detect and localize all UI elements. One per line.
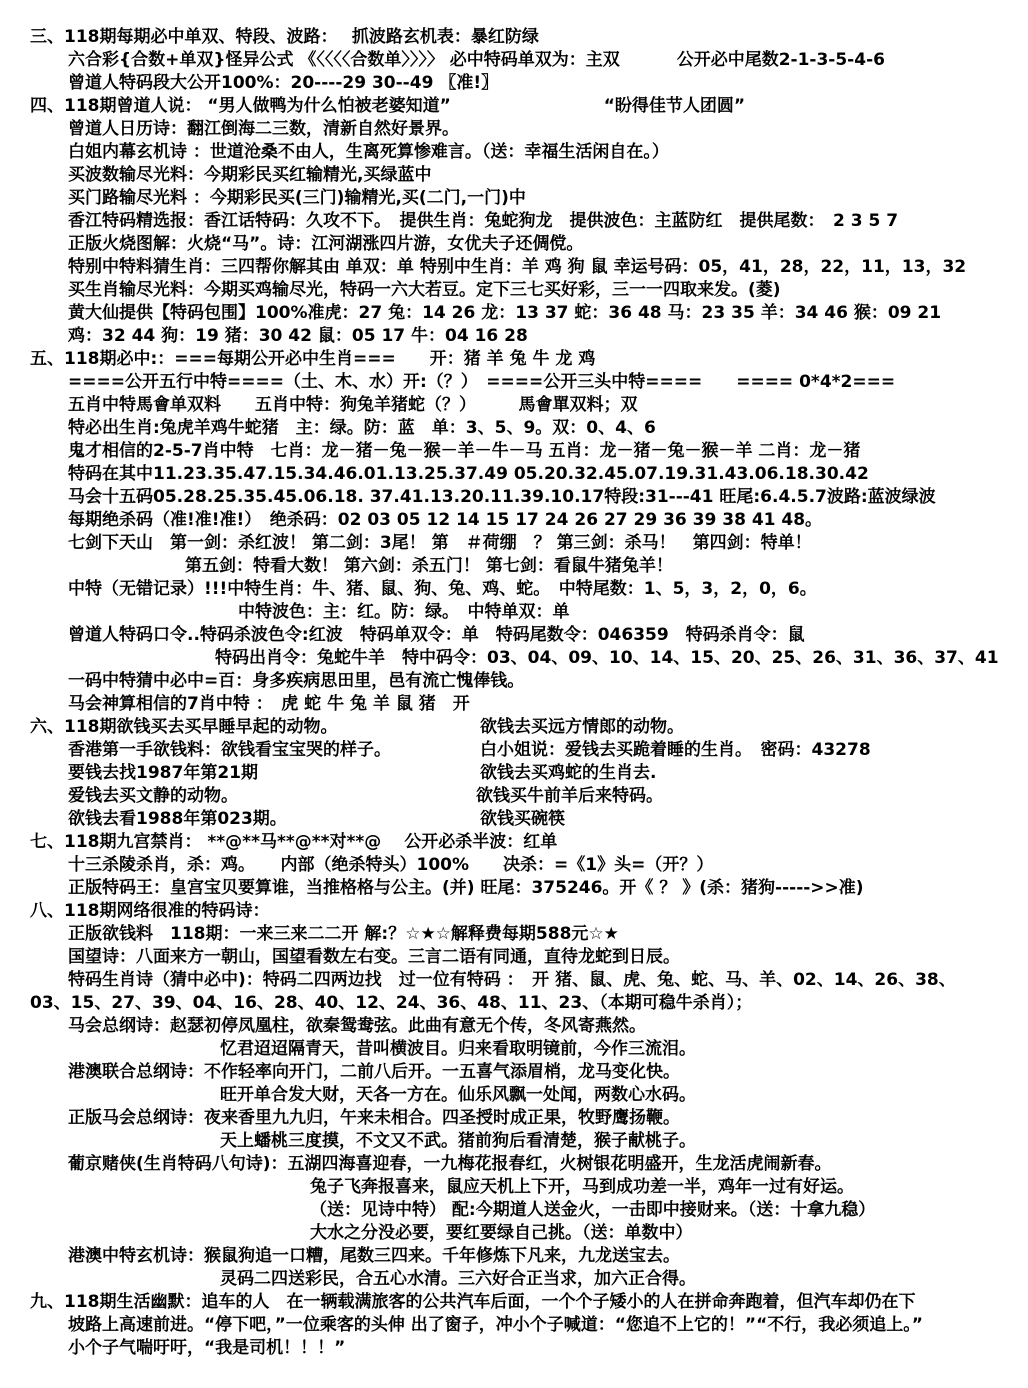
text-line: 正版马会总纲诗：夜来香里九九归，午来未相合。四圣授时成正果，牧野鹰扬鞭。 xyxy=(0,1107,1028,1130)
section-heading-line: 三、118期每期必中单双、特段、波路： 抓波路玄机表：暴红防绿 xyxy=(0,26,1028,49)
text-line: 马会总纲诗：赵瑟初停凤凰柱，欲秦鸳鸯弦。此曲有意无个传，冬风寄燕然。 xyxy=(0,1015,1028,1038)
line-text: 03、15、27、39、04、16、28、40、12、24、36、48、11、2… xyxy=(30,992,752,1015)
line-text: 曾道人日历诗：翻江倒海二三数，清新自然好景界。 xyxy=(68,118,459,141)
line-text: 要钱去找1987年第21期 xyxy=(68,762,258,785)
line-text: 兔子飞奔报喜来，鼠应天机上下开，马到成功差一半，鸡年一过有好运。 xyxy=(310,1176,854,1199)
text-line: 旺开单合发大财，天各一方在。仙乐风飘一处闻，两数心水码。 xyxy=(0,1084,1028,1107)
line-text: 六、118期欲钱买去买早睡早起的动物。 xyxy=(30,716,338,739)
text-line: （送：见诗中特） 配:今期道人送金火，一击即中接财来。（送：十拿九稳） xyxy=(0,1199,1028,1222)
page: { "page": { "background": "#ffffff", "te… xyxy=(0,0,1028,1388)
line-text-right-column: 欲钱去买鸡蛇的生肖去. xyxy=(480,762,656,785)
text-line: 一码中特猜中必中=百：身多疾病思田里，邑有流亡愧俸钱。 xyxy=(0,670,1028,693)
line-text: 马会神算相信的7肖中特 ： 虎 蛇 牛 兔 羊 鼠 猪 开 xyxy=(68,693,470,716)
text-line: 马会神算相信的7肖中特 ： 虎 蛇 牛 兔 羊 鼠 猪 开 xyxy=(0,693,1028,716)
text-line: 曾道人特码口令..特码杀波色令:红波 特码单双令：单 特码尾数令：046359 … xyxy=(0,624,1028,647)
section-heading-line: 七、118期九宫禁肖： **@**马**@**对**@ 公开必杀半波：红单 xyxy=(0,831,1028,854)
text-line: 特码出肖令：兔蛇牛羊 特中码令：03、04、09、10、14、15、20、25、… xyxy=(0,647,1028,670)
line-text: 曾道人特码口令..特码杀波色令:红波 特码单双令：单 特码尾数令：046359 … xyxy=(68,624,805,647)
line-text: 六合彩{合数+单双}怪异公式 《〈〈〈〈合数单〉〉〉〉 必中特码单双为：主双 公… xyxy=(68,49,885,72)
text-line: 香港第一手欲钱料：欲钱看宝宝哭的样子。白小姐说：爱钱去买跪着睡的生肖。 密码：4… xyxy=(0,739,1028,762)
line-text: 第五剑：特看大数！ 第六剑：杀五门！ 第七剑：看鼠牛猪兔羊！ xyxy=(185,555,673,578)
line-text: 香江特码精选报：香江话特码：久攻不下。 提供生肖：兔蛇狗龙 提供波色：主蓝防红 … xyxy=(68,210,898,233)
text-line: 中特（无错记录）!!!中特生肖：牛、猪、鼠、狗、兔、鸡、蛇。 中特尾数：1、5，… xyxy=(0,578,1028,601)
text-line: 特别中特料猜生肖：三四帮你解其由 单双：单 特别中生肖：羊 鸡 狗 鼠 幸运号码… xyxy=(0,256,1028,279)
line-text: 鬼才相信的2-5-7肖中特 七肖：龙－猪－兔－猴－羊－牛－马 五肖：龙－猪－兔－… xyxy=(68,440,860,463)
line-text: 七剑下天山 第一剑：杀红波！ 第二剑：3尾！ 第 ＃荷绷 ？ 第三剑：杀马！ 第… xyxy=(68,532,812,555)
text-line: 特码在其中11.23.35.47.15.34.46.01.13.25.37.49… xyxy=(0,463,1028,486)
text-line: 曾道人特码段大公开100%：20----29 30--49 〖准!〗 xyxy=(0,72,1028,95)
line-text: 中特波色：主：红。防：绿。 中特单双：单 xyxy=(238,601,570,624)
text-line: 曾道人日历诗：翻江倒海二三数，清新自然好景界。 xyxy=(0,118,1028,141)
section-heading-line: 九、118期生活幽默：追车的人 在一辆载满旅客的公共汽车后面，一个个子矮小的人在… xyxy=(0,1291,1028,1314)
line-text: 忆君迢迢隔青天，昔叫横波目。归来看取明镜前，今作三流泪。 xyxy=(220,1038,696,1061)
text-line: 小个子气喘吁吁，“我是司机！！！” xyxy=(0,1337,1028,1360)
text-line: 天上蟠桃三度摸，不文又不武。猪前狗后看清楚，猴子献桃子。 xyxy=(0,1130,1028,1153)
line-text: 国望诗：八面来方一朝山，国望看数左右变。三言二语有同通，直待龙蛇到日辰。 xyxy=(68,946,680,969)
text-line: 正版欲钱料 118期：一来三来二二开 解:？☆★☆解释费每期588元☆★ xyxy=(0,923,1028,946)
text-line: 鸡：32 44 狗：19 猪：30 42 鼠：05 17 牛：04 16 28 xyxy=(0,325,1028,348)
line-text: 正版特码王：皇宫宝贝要算谁，当推格格与公主。(并) 旺尾：375246。开《 ？… xyxy=(68,877,864,900)
text-line: 鬼才相信的2-5-7肖中特 七肖：龙－猪－兔－猴－羊－牛－马 五肖：龙－猪－兔－… xyxy=(0,440,1028,463)
line-text: 鸡：32 44 狗：19 猪：30 42 鼠：05 17 牛：04 16 28 xyxy=(68,325,528,348)
line-text: 正版马会总纲诗：夜来香里九九归，午来未相合。四圣授时成正果，牧野鹰扬鞭。 xyxy=(68,1107,680,1130)
text-line: 十三杀陵杀肖，杀：鸡。 内部（绝杀特头）100% 决杀：=《1》头=（开？） xyxy=(0,854,1028,877)
line-text: 坡路上高速前进。“停下吧，”一位乘客的头伸 出了窗子，冲小个子喊道：“您追不上它… xyxy=(68,1314,923,1337)
text-line: 港澳联合总纲诗：不作轻率向开门，二前八后开。一五喜气添眉梢，龙马变化快。 xyxy=(0,1061,1028,1084)
line-text: 五、118期必中:：===每期公开必中生肖=== 开：猪 羊 兔 牛 龙 鸡 xyxy=(30,348,595,371)
line-text-right-column: 欲钱买碗筷 xyxy=(480,808,565,831)
line-text: （送：见诗中特） 配:今期道人送金火，一击即中接财来。（送：十拿九稳） xyxy=(310,1199,875,1222)
text-line: 香江特码精选报：香江话特码：久攻不下。 提供生肖：兔蛇狗龙 提供波色：主蓝防红 … xyxy=(0,210,1028,233)
section-heading-line: 八、118期网络很准的特码诗： xyxy=(0,900,1028,923)
line-text: 每期绝杀码（准!准!准!） 绝杀码：02 03 05 12 14 15 17 2… xyxy=(68,509,822,532)
line-text-right-column: 白小姐说：爱钱去买跪着睡的生肖。 密码：43278 xyxy=(480,739,871,762)
line-text: 四、118期曾道人说： “男人做鸭为什么怕被老婆知道” “盼得佳节人团圆” xyxy=(30,95,745,118)
line-text: 灵码二四送彩民，合五心水清。三六好合正当求，加六正合得。 xyxy=(220,1268,696,1291)
line-text-right-column: 欲钱去买远方情郎的动物。 xyxy=(480,716,684,739)
line-text: 一码中特猜中必中=百：身多疾病思田里，邑有流亡愧俸钱。 xyxy=(68,670,524,693)
text-line: 03、15、27、39、04、16、28、40、12、24、36、48、11、2… xyxy=(0,992,1028,1015)
text-line: 欲钱去看1988年第023期。欲钱买碗筷 xyxy=(0,808,1028,831)
line-text: 黄大仙提供【特码包围】100%准虎：27 兔：14 26 龙：13 37 蛇：3… xyxy=(68,302,941,325)
line-text: 五肖中特馬會单双料 五肖中特：狗兔羊猪蛇（？） 馬會單双料；双 xyxy=(68,394,638,417)
section-heading-line: 五、118期必中:：===每期公开必中生肖=== 开：猪 羊 兔 牛 龙 鸡 xyxy=(0,348,1028,371)
line-text: 港澳中特玄机诗：猴鼠狗追一口糟，尾数三四来。千年修炼下凡来，九龙送宝去。 xyxy=(68,1245,680,1268)
text-line: 特必出生肖:兔虎羊鸡牛蛇猪 主：绿。防：蓝 单：3、5、9。双：0、4、6 xyxy=(0,417,1028,440)
text-line: 要钱去找1987年第21期欲钱去买鸡蛇的生肖去. xyxy=(0,762,1028,785)
text-line: 灵码二四送彩民，合五心水清。三六好合正当求，加六正合得。 xyxy=(0,1268,1028,1291)
line-text: 中特（无错记录）!!!中特生肖：牛、猪、鼠、狗、兔、鸡、蛇。 中特尾数：1、5，… xyxy=(68,578,817,601)
text-line: 黄大仙提供【特码包围】100%准虎：27 兔：14 26 龙：13 37 蛇：3… xyxy=(0,302,1028,325)
line-text: 买门路输尽光料 ：今期彩民买(三门)输精光,买(二门,一门)中 xyxy=(68,187,526,210)
line-text: 特码生肖诗（猜中必中)：特码二四两边找 过一位有特码 ： 开 猪、鼠、虎、兔、蛇… xyxy=(68,969,956,992)
line-text: 爱钱去买文静的动物。 xyxy=(68,785,238,808)
document-body: 三、118期每期必中单双、特段、波路： 抓波路玄机表：暴红防绿六合彩{合数+单双… xyxy=(0,26,1028,1360)
line-text: 特码在其中11.23.35.47.15.34.46.01.13.25.37.49… xyxy=(68,463,869,486)
line-text: 特必出生肖:兔虎羊鸡牛蛇猪 主：绿。防：蓝 单：3、5、9。双：0、4、6 xyxy=(68,417,656,440)
text-line: 葡京赌侠(生肖特码八句诗)：五湖四海喜迎春，一九梅花报春红，火树银花明盛开，生龙… xyxy=(0,1153,1028,1176)
section-heading-line: 四、118期曾道人说： “男人做鸭为什么怕被老婆知道” “盼得佳节人团圆” xyxy=(0,95,1028,118)
section-heading-line: 六、118期欲钱买去买早睡早起的动物。欲钱去买远方情郎的动物。 xyxy=(0,716,1028,739)
line-text: 旺开单合发大财，天各一方在。仙乐风飘一处闻，两数心水码。 xyxy=(220,1084,696,1107)
text-line: 大水之分没必要，要红要绿自己挑。（送：单数中） xyxy=(0,1222,1028,1245)
line-text: 七、118期九宫禁肖： **@**马**@**对**@ 公开必杀半波：红单 xyxy=(30,831,557,854)
line-text: 正版欲钱料 118期：一来三来二二开 解:？☆★☆解释费每期588元☆★ xyxy=(68,923,619,946)
text-line: 正版火烧图解：火烧“马”。诗：江河湖涨四片游，女优夫子还倜傥。 xyxy=(0,233,1028,256)
text-line: 买门路输尽光料 ：今期彩民买(三门)输精光,买(二门,一门)中 xyxy=(0,187,1028,210)
line-text: 天上蟠桃三度摸，不文又不武。猪前狗后看清楚，猴子献桃子。 xyxy=(220,1130,696,1153)
line-text: 正版火烧图解：火烧“马”。诗：江河湖涨四片游，女优夫子还倜傥。 xyxy=(68,233,583,256)
text-line: 买波数输尽光料：今期彩民买红输精光,买绿蓝中 xyxy=(0,164,1028,187)
text-line: 每期绝杀码（准!准!准!） 绝杀码：02 03 05 12 14 15 17 2… xyxy=(0,509,1028,532)
text-line: 忆君迢迢隔青天，昔叫横波目。归来看取明镜前，今作三流泪。 xyxy=(0,1038,1028,1061)
line-text: 葡京赌侠(生肖特码八句诗)：五湖四海喜迎春，一九梅花报春红，火树银花明盛开，生龙… xyxy=(68,1153,832,1176)
text-line: 六合彩{合数+单双}怪异公式 《〈〈〈〈合数单〉〉〉〉 必中特码单双为：主双 公… xyxy=(0,49,1028,72)
line-text: 特码出肖令：兔蛇牛羊 特中码令：03、04、09、10、14、15、20、25、… xyxy=(215,647,999,670)
line-text: ====公开五行中特====（土、木、水）开:（？） ====公开三头中特===… xyxy=(68,371,895,394)
text-line: 正版特码王：皇宫宝贝要算谁，当推格格与公主。(并) 旺尾：375246。开《 ？… xyxy=(0,877,1028,900)
text-line: 特码生肖诗（猜中必中)：特码二四两边找 过一位有特码 ： 开 猪、鼠、虎、兔、蛇… xyxy=(0,969,1028,992)
line-text: 小个子气喘吁吁，“我是司机！！！” xyxy=(68,1337,345,1360)
text-line: ====公开五行中特====（土、木、水）开:（？） ====公开三头中特===… xyxy=(0,371,1028,394)
text-line: 白姐内幕玄机诗 ：世道沧桑不由人，生离死算惨难言。（送：幸福生活闲自在。） xyxy=(0,141,1028,164)
line-text: 大水之分没必要，要红要绿自己挑。（送：单数中） xyxy=(310,1222,693,1245)
line-text: 八、118期网络很准的特码诗： xyxy=(30,900,270,923)
text-line: 兔子飞奔报喜来，鼠应天机上下开，马到成功差一半，鸡年一过有好运。 xyxy=(0,1176,1028,1199)
text-line: 马会十五码05.28.25.35.45.06.18. 37.41.13.20.1… xyxy=(0,486,1028,509)
line-text: 白姐内幕玄机诗 ：世道沧桑不由人，生离死算惨难言。（送：幸福生活闲自在。） xyxy=(68,141,669,164)
line-text: 曾道人特码段大公开100%：20----29 30--49 〖准!〗 xyxy=(68,72,498,95)
text-line: 五肖中特馬會单双料 五肖中特：狗兔羊猪蛇（？） 馬會單双料；双 xyxy=(0,394,1028,417)
text-line: 港澳中特玄机诗：猴鼠狗追一口糟，尾数三四来。千年修炼下凡来，九龙送宝去。 xyxy=(0,1245,1028,1268)
text-line: 第五剑：特看大数！ 第六剑：杀五门！ 第七剑：看鼠牛猪兔羊！ xyxy=(0,555,1028,578)
text-line: 坡路上高速前进。“停下吧，”一位乘客的头伸 出了窗子，冲小个子喊道：“您追不上它… xyxy=(0,1314,1028,1337)
line-text: 九、118期生活幽默：追车的人 在一辆载满旅客的公共汽车后面，一个个子矮小的人在… xyxy=(30,1291,915,1314)
text-line: 爱钱去买文静的动物。欲钱买牛前羊后来特码。 xyxy=(0,785,1028,808)
text-line: 七剑下天山 第一剑：杀红波！ 第二剑：3尾！ 第 ＃荷绷 ？ 第三剑：杀马！ 第… xyxy=(0,532,1028,555)
text-line: 中特波色：主：红。防：绿。 中特单双：单 xyxy=(0,601,1028,624)
text-line: 买生肖输尽光料：今期买鸡输尽光，特码一六大若豆。定下三七买好彩，三一一四取来发。… xyxy=(0,279,1028,302)
line-text: 买波数输尽光料：今期彩民买红输精光,买绿蓝中 xyxy=(68,164,431,187)
lottery-tip-sheet: 三、118期每期必中单双、特段、波路： 抓波路玄机表：暴红防绿六合彩{合数+单双… xyxy=(0,26,1028,1360)
line-text: 欲钱去看1988年第023期。 xyxy=(68,808,287,831)
text-line: 国望诗：八面来方一朝山，国望看数左右变。三言二语有同通，直待龙蛇到日辰。 xyxy=(0,946,1028,969)
line-text: 马会总纲诗：赵瑟初停凤凰柱，欲秦鸳鸯弦。此曲有意无个传，冬风寄燕然。 xyxy=(68,1015,646,1038)
line-text: 香港第一手欲钱料：欲钱看宝宝哭的样子。 xyxy=(68,739,391,762)
line-text: 三、118期每期必中单双、特段、波路： 抓波路玄机表：暴红防绿 xyxy=(30,26,539,49)
line-text: 港澳联合总纲诗：不作轻率向开门，二前八后开。一五喜气添眉梢，龙马变化快。 xyxy=(68,1061,680,1084)
line-text: 买生肖输尽光料：今期买鸡输尽光，特码一六大若豆。定下三七买好彩，三一一四取来发。… xyxy=(68,279,781,302)
line-text-right-column: 欲钱买牛前羊后来特码。 xyxy=(476,785,663,808)
line-text: 马会十五码05.28.25.35.45.06.18. 37.41.13.20.1… xyxy=(68,486,936,509)
line-text: 特别中特料猜生肖：三四帮你解其由 单双：单 特别中生肖：羊 鸡 狗 鼠 幸运号码… xyxy=(68,256,966,279)
line-text: 十三杀陵杀肖，杀：鸡。 内部（绝杀特头）100% 决杀：=《1》头=（开？） xyxy=(68,854,713,877)
